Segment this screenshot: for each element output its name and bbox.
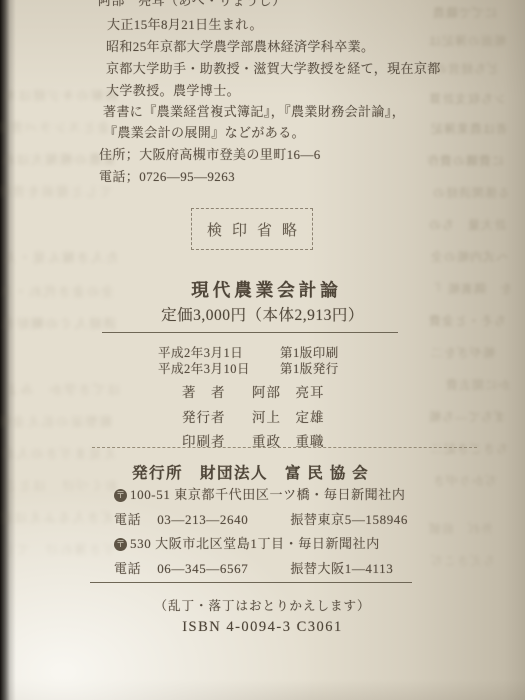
- showthrough-text: てしと提前を営経: [0, 182, 112, 200]
- showthrough-text: 観整証の払え金帳: [0, 412, 112, 430]
- stamp-box: 検印省略: [191, 208, 313, 250]
- credit-name: 河上 定雄: [252, 410, 325, 425]
- footer-notice: （乱丁・落丁はおとりかえします）: [0, 596, 525, 614]
- credit-name: 阿部 亮耳: [252, 385, 325, 400]
- phone-label: 電話: [114, 561, 141, 576]
- author-name-line: 阿部 亮耳（あべ・りょうじ）: [98, 0, 286, 9]
- showthrough-text: 者は農業簿記: [430, 120, 508, 137]
- showthrough-text: 金とスンラバ営経: [0, 118, 110, 136]
- credit-row-publisher-person: 発行者河上 定雄: [182, 406, 325, 426]
- publisher-heading: 発行所 財団法人 富 民 協 会: [132, 461, 369, 483]
- address-line-tokyo: 〒100-51 東京都千代田区一ツ橋・毎日新聞社内: [114, 484, 405, 503]
- edition-label: 第1版印刷: [280, 346, 339, 360]
- showthrough-text: ち゚かり中゚さ: [432, 472, 497, 489]
- showthrough-text: 計大量 ちの: [428, 216, 506, 233]
- postal-mark-icon: 〒: [114, 489, 127, 502]
- showthrough-text: へ式内帳の全: [430, 248, 508, 265]
- divider-rule: [102, 332, 398, 333]
- showthrough-text: に費購の費作: [426, 152, 504, 169]
- edition-line-issued: 平成2年3月10日第1版発行: [158, 359, 339, 377]
- showthrough-text: る係関済経の: [432, 184, 510, 201]
- bio-line: 大学教授。農学博士。: [106, 80, 240, 99]
- transfer-account: 振替東京5—158946: [290, 512, 408, 527]
- bio-line: 昭和25年京都大学農学部農林経済学科卒業。: [106, 36, 374, 55]
- edition-label: 第1版発行: [280, 362, 339, 376]
- showthrough-text: 帳面の簿記は: [428, 32, 506, 49]
- stamp-label: 検印省略: [197, 219, 307, 240]
- showthrough-text: え゚さ人るふえは記: [0, 508, 114, 526]
- phone-number: 03—213—2640: [157, 512, 248, 527]
- edition-date: 平成2年3月10日: [158, 359, 280, 377]
- bio-line: 京都大学助手・助教授・滋賀大学教授を経て，現在京都: [106, 58, 441, 77]
- showthrough-text: 外れ゚ 前値゚: [428, 520, 493, 537]
- showthrough-text: 帳や゚さ゚を二: [430, 344, 495, 361]
- showthrough-text: はて゚さ学か みよ: [4, 380, 120, 398]
- showthrough-text: ちえ゚さこち゚: [430, 552, 495, 569]
- showthrough-text: 画解のキジ経は本: [2, 86, 118, 104]
- phone-line-osaka: 電話06—345—6567振替大阪1—4113: [114, 558, 393, 577]
- book-colophon-photo: 画解のキジ経は本金とスンラバ営経業農の模規大はれてしと提前を営経た人さ嫁ん見・人…: [0, 0, 525, 700]
- bio-line: 大正15年8月21日生まれ。: [107, 14, 263, 33]
- bio-line: 住所；大阪府高槻市登美の里町16—6: [99, 144, 321, 163]
- showthrough-text: にて゚で職農: [432, 4, 497, 21]
- address-text: 530 大阪市北区堂島1丁目・毎日新聞社内: [130, 536, 380, 551]
- address-line-osaka: 〒530 大阪市北区堂島1丁目・毎日新聞社内: [114, 533, 380, 552]
- credit-row-author: 著 者阿部 亮耳: [182, 381, 325, 401]
- showthrough-text: た人さ嫁ん見・人: [2, 248, 118, 266]
- postal-mark-icon: 〒: [114, 538, 127, 551]
- phone-number: 06—345—6567: [157, 561, 248, 576]
- transfer-account: 振替大阪1—4113: [290, 561, 393, 576]
- showthrough-text: かに閲去費: [432, 376, 510, 393]
- phone-line-tokyo: 電話03—213—2640振替東京5—158946: [114, 509, 408, 528]
- showthrough-text: り゚さ簿れけ てし: [0, 540, 116, 558]
- phone-label: 電話: [114, 512, 141, 527]
- bio-line: 電話；0726—95—9263: [99, 166, 235, 185]
- showthrough-text: と゚ち経営の: [434, 60, 499, 77]
- credit-role: 著 者: [182, 381, 252, 401]
- divider-rule: [90, 582, 412, 583]
- book-title: 現代農業会計論: [0, 277, 525, 302]
- dashed-divider: [92, 447, 477, 448]
- showthrough-text: ま゚ちて―ち帳: [428, 408, 506, 425]
- showthrough-text: ちさこ゚さ記二: [430, 440, 508, 457]
- isbn-line: ISBN 4-0094-3 C3061: [0, 619, 525, 636]
- showthrough-text: ンち収支計算: [428, 90, 506, 107]
- bio-line: 『農業会計の展開』などがある。: [104, 122, 305, 141]
- address-text: 100-51 東京都千代田区一ツ橋・毎日新聞社内: [130, 487, 405, 502]
- bio-line: 著書に『農業経営複式簿記』，『農業財務会計論』，: [103, 101, 405, 120]
- showthrough-text: おくつ゚け はとこ: [2, 476, 118, 494]
- price-line: 定価3,000円（本体2,913円）: [0, 303, 525, 325]
- credit-role: 発行者: [182, 406, 252, 426]
